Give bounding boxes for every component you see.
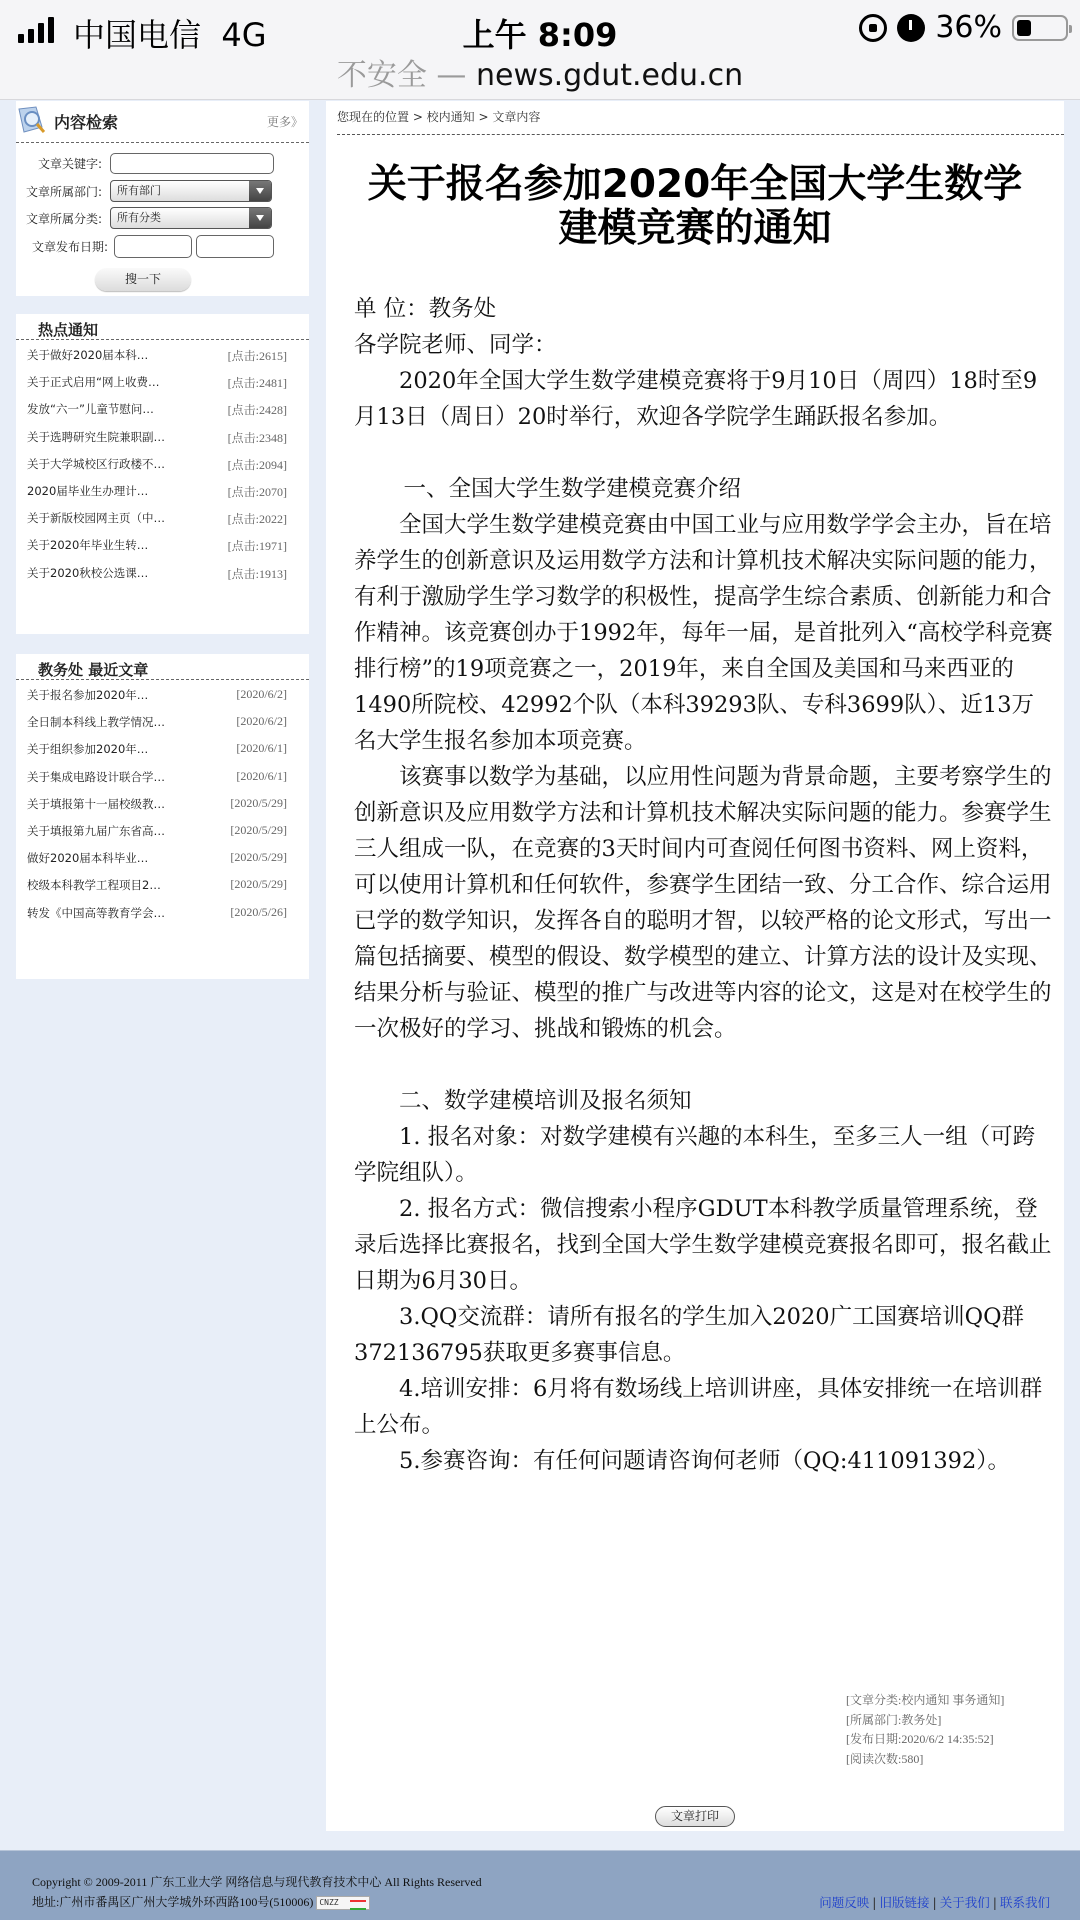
list-item: 2. 报名方式：微信搜索小程序GDUT本科教学质量管理系统，登录后选择比赛报名，… bbox=[354, 1191, 1054, 1299]
department-label: 文章所属部门: bbox=[16, 183, 102, 200]
cnzz-badge-icon[interactable]: CNZZ bbox=[316, 1896, 370, 1910]
list-item[interactable]: 关于填报第九届广东省高…[2020/5/29] bbox=[16, 822, 309, 849]
department-selected: 所有部门 bbox=[117, 184, 161, 197]
list-item[interactable]: 转发《中国高等教育学会…[2020/5/26] bbox=[16, 904, 309, 931]
about-us-link[interactable]: 关于我们 bbox=[940, 1895, 990, 1910]
copyright-text: Copyright © 2009-2011 广东工业大学 网络信息与现代教育技术… bbox=[32, 1872, 482, 1892]
item-title-link[interactable]: 转发《中国高等教育学会… bbox=[27, 905, 165, 921]
item-meta: [2020/5/29] bbox=[230, 796, 287, 811]
rotation-lock-icon bbox=[859, 14, 887, 42]
more-link[interactable]: 更多》 bbox=[267, 113, 303, 130]
item-title-link[interactable]: 关于做好2020届本科… bbox=[27, 347, 148, 363]
list-item[interactable]: 校级本科教学工程项目2…[2020/5/29] bbox=[16, 876, 309, 903]
item-title-link[interactable]: 关于集成电路设计联合学… bbox=[27, 769, 165, 785]
item-meta: [2020/6/1] bbox=[236, 769, 287, 784]
paragraph: 全国大学生数学建模竞赛由中国工业与应用数学学会主办，旨在培养学生的创新意识及运用… bbox=[354, 507, 1054, 759]
item-meta: [点击:2481] bbox=[228, 374, 287, 391]
article-container: 您现在的位置 > 校内通知 > 文章内容 关于报名参加2020年全国大学生数学建… bbox=[326, 101, 1064, 1831]
search-panel-title: 内容检索 bbox=[54, 110, 118, 133]
list-item[interactable]: 关于2020秋校公选课…[点击:1913] bbox=[16, 564, 309, 591]
item-title-link[interactable]: 做好2020届本科毕业… bbox=[27, 850, 148, 866]
category-select[interactable]: 所有分类 bbox=[110, 207, 272, 229]
item-meta: [2020/6/1] bbox=[236, 741, 287, 756]
list-item[interactable]: 关于选聘研究生院兼职副…[点击:2348] bbox=[16, 428, 309, 455]
footer-links: 问题反映|旧版链接|关于我们|联系我们 bbox=[819, 1893, 1050, 1911]
item-title-link[interactable]: 关于2020年毕业生转… bbox=[27, 537, 148, 553]
list-item[interactable]: 2020届毕业生办理计…[点击:2070] bbox=[16, 482, 309, 509]
item-meta: [点击:2348] bbox=[228, 429, 287, 446]
list-item[interactable]: 关于组织参加2020年…[2020/6/1] bbox=[16, 740, 309, 767]
breadcrumb: 您现在的位置 > 校内通知 > 文章内容 bbox=[337, 108, 540, 125]
dropdown-arrow-icon bbox=[249, 181, 271, 201]
item-title-link[interactable]: 全日制本科线上教学情况… bbox=[27, 714, 165, 730]
content-search-panel: 内容检索 更多》 文章关键字: 文章所属部门: 所有部门 文章所属分类: 所有分… bbox=[16, 101, 309, 296]
contact-us-link[interactable]: 联系我们 bbox=[1000, 1895, 1050, 1910]
section-heading: 一、全国大学生数学建模竞赛介绍 bbox=[354, 471, 1054, 507]
list-item: 1. 报名对象：对数学建模有兴趣的本科生，至多三人一组（可跨学院组队）。 bbox=[354, 1119, 1054, 1191]
recent-articles-title: 教务处 最近文章 bbox=[38, 659, 148, 680]
list-item: 4.培训安排：6月将有数场线上培训讲座，具体安排统一在培训群上公布。 bbox=[354, 1371, 1054, 1443]
article-meta: [文章分类:校内通知 事务通知] [所属部门:教务处] [发布日期:2020/6… bbox=[846, 1691, 1004, 1769]
item-meta: [点击:2428] bbox=[228, 401, 287, 418]
paragraph: 该赛事以数学为基础，以应用性问题为背景命题，主要考察学生的创新意识及应用数学方法… bbox=[354, 759, 1054, 1047]
keyword-label: 文章关键字: bbox=[16, 155, 102, 172]
item-title-link[interactable]: 发放“六一”儿童节慰问… bbox=[27, 401, 154, 417]
list-item[interactable]: 做好2020届本科毕业…[2020/5/29] bbox=[16, 849, 309, 876]
address-text: 地址:广州市番禺区广州大学城外环西路100号(510006) bbox=[32, 1895, 313, 1909]
section-heading: 二、数学建模培训及报名须知 bbox=[354, 1083, 1054, 1119]
department-select[interactable]: 所有部门 bbox=[110, 180, 272, 202]
item-title-link[interactable]: 关于选聘研究生院兼职副… bbox=[27, 429, 165, 445]
item-meta: [2020/5/26] bbox=[230, 905, 287, 920]
list-item[interactable]: 关于集成电路设计联合学…[2020/6/1] bbox=[16, 768, 309, 795]
date-to-input[interactable] bbox=[196, 235, 274, 258]
item-meta: [2020/5/29] bbox=[230, 877, 287, 892]
article-title: 关于报名参加2020年全国大学生数学建模竞赛的通知 bbox=[326, 163, 1064, 251]
print-article-button[interactable]: 文章打印 bbox=[655, 1806, 735, 1827]
item-meta: [点击:1913] bbox=[228, 565, 287, 582]
item-meta: [2020/5/29] bbox=[230, 823, 287, 838]
insecure-label: 不安全 — bbox=[337, 58, 467, 93]
ios-status-bar: 中国电信 4G 上午 8:09 36% 不安全 — news.gdut.edu.… bbox=[0, 0, 1080, 100]
magnifier-document-icon bbox=[16, 105, 48, 135]
list-item: 5.参赛咨询：有任何问题请咨询何老师（QQ:411091392）。 bbox=[354, 1443, 1054, 1479]
keyword-input[interactable] bbox=[110, 153, 274, 174]
alarm-icon bbox=[897, 14, 925, 42]
list-item[interactable]: 关于大学城校区行政楼不…[点击:2094] bbox=[16, 455, 309, 482]
meta-date: [发布日期:2020/6/2 14:35:52] bbox=[846, 1730, 1004, 1750]
item-title-link[interactable]: 关于组织参加2020年… bbox=[27, 741, 148, 757]
item-meta: [点击:2070] bbox=[228, 483, 287, 500]
list-item[interactable]: 关于正式启用“网上收费…[点击:2481] bbox=[16, 373, 309, 400]
url-host: news.gdut.edu.cn bbox=[476, 58, 743, 93]
hot-notices-panel: 热点通知 关于做好2020届本科…[点击:2615]关于正式启用“网上收费…[点… bbox=[16, 314, 309, 634]
search-button[interactable]: 搜一下 bbox=[95, 268, 191, 291]
meta-views: [阅读次数:580] bbox=[846, 1750, 1004, 1770]
greeting-line: 各学院老师、同学： bbox=[354, 327, 1054, 363]
page: 内容检索 更多》 文章关键字: 文章所属部门: 所有部门 文章所属分类: 所有分… bbox=[0, 101, 1080, 1851]
address-bar[interactable]: 不安全 — news.gdut.edu.cn bbox=[0, 50, 1080, 94]
old-version-link[interactable]: 旧版链接 bbox=[880, 1895, 930, 1910]
feedback-link[interactable]: 问题反映 bbox=[819, 1895, 869, 1910]
list-item[interactable]: 关于新版校园网主页（中…[点击:2022] bbox=[16, 509, 309, 536]
list-item[interactable]: 关于做好2020届本科…[点击:2615] bbox=[16, 346, 309, 373]
recent-articles-panel: 教务处 最近文章 关于报名参加2020年…[2020/6/2]全日制本科线上教学… bbox=[16, 654, 309, 979]
item-meta: [点击:1971] bbox=[228, 537, 287, 554]
article-body: 单 位：教务处 各学院老师、同学： 2020年全国大学生数学建模竞赛将于9月10… bbox=[354, 291, 1054, 1479]
item-title-link[interactable]: 关于2020秋校公选课… bbox=[27, 565, 148, 581]
item-title-link[interactable]: 关于大学城校区行政楼不… bbox=[27, 456, 165, 472]
footer: Copyright © 2009-2011 广东工业大学 网络信息与现代教育技术… bbox=[0, 1850, 1080, 1920]
item-title-link[interactable]: 关于正式启用“网上收费… bbox=[27, 374, 159, 390]
category-selected: 所有分类 bbox=[117, 211, 161, 224]
date-label: 文章发布日期: bbox=[16, 238, 108, 255]
meta-category: [文章分类:校内通知 事务通知] bbox=[846, 1691, 1004, 1711]
divider bbox=[337, 134, 1064, 135]
item-title-link[interactable]: 2020届毕业生办理计… bbox=[27, 483, 148, 499]
paragraph: 2020年全国大学生数学建模竞赛将于9月10日（周四）18时至9月13日（周日）… bbox=[354, 363, 1054, 435]
dropdown-arrow-icon bbox=[249, 208, 271, 228]
meta-department: [所属部门:教务处] bbox=[846, 1711, 1004, 1731]
list-item[interactable]: 关于2020年毕业生转…[点击:1971] bbox=[16, 536, 309, 563]
list-item[interactable]: 发放“六一”儿童节慰问…[点击:2428] bbox=[16, 400, 309, 427]
unit-line: 单 位：教务处 bbox=[354, 291, 1054, 327]
list-item[interactable]: 关于报名参加2020年…[2020/6/2] bbox=[16, 686, 309, 713]
sidebar: 内容检索 更多》 文章关键字: 文章所属部门: 所有部门 文章所属分类: 所有分… bbox=[16, 101, 309, 979]
list-item[interactable]: 关于填报第十一届校级教…[2020/5/29] bbox=[16, 795, 309, 822]
item-meta: [2020/5/29] bbox=[230, 850, 287, 865]
item-title-link[interactable]: 关于填报第十一届校级教… bbox=[27, 796, 165, 812]
category-label: 文章所属分类: bbox=[16, 210, 102, 227]
date-from-input[interactable] bbox=[114, 235, 192, 258]
battery-icon bbox=[1012, 15, 1068, 41]
item-meta: [点击:2022] bbox=[228, 510, 287, 527]
item-title-link[interactable]: 关于新版校园网主页（中… bbox=[27, 510, 165, 526]
item-meta: [2020/6/2] bbox=[236, 714, 287, 729]
hot-notices-title: 热点通知 bbox=[38, 319, 98, 340]
item-meta: [点击:2615] bbox=[228, 347, 287, 364]
item-meta: [2020/6/2] bbox=[236, 687, 287, 702]
list-item[interactable]: 全日制本科线上教学情况…[2020/6/2] bbox=[16, 713, 309, 740]
battery-percent: 36% bbox=[935, 10, 1002, 45]
item-title-link[interactable]: 校级本科教学工程项目2… bbox=[27, 877, 161, 893]
item-title-link[interactable]: 关于填报第九届广东省高… bbox=[27, 823, 165, 839]
list-item: 3.QQ交流群：请所有报名的学生加入2020广工国赛培训QQ群372136795… bbox=[354, 1299, 1054, 1371]
item-meta: [点击:2094] bbox=[228, 456, 287, 473]
item-title-link[interactable]: 关于报名参加2020年… bbox=[27, 687, 148, 703]
